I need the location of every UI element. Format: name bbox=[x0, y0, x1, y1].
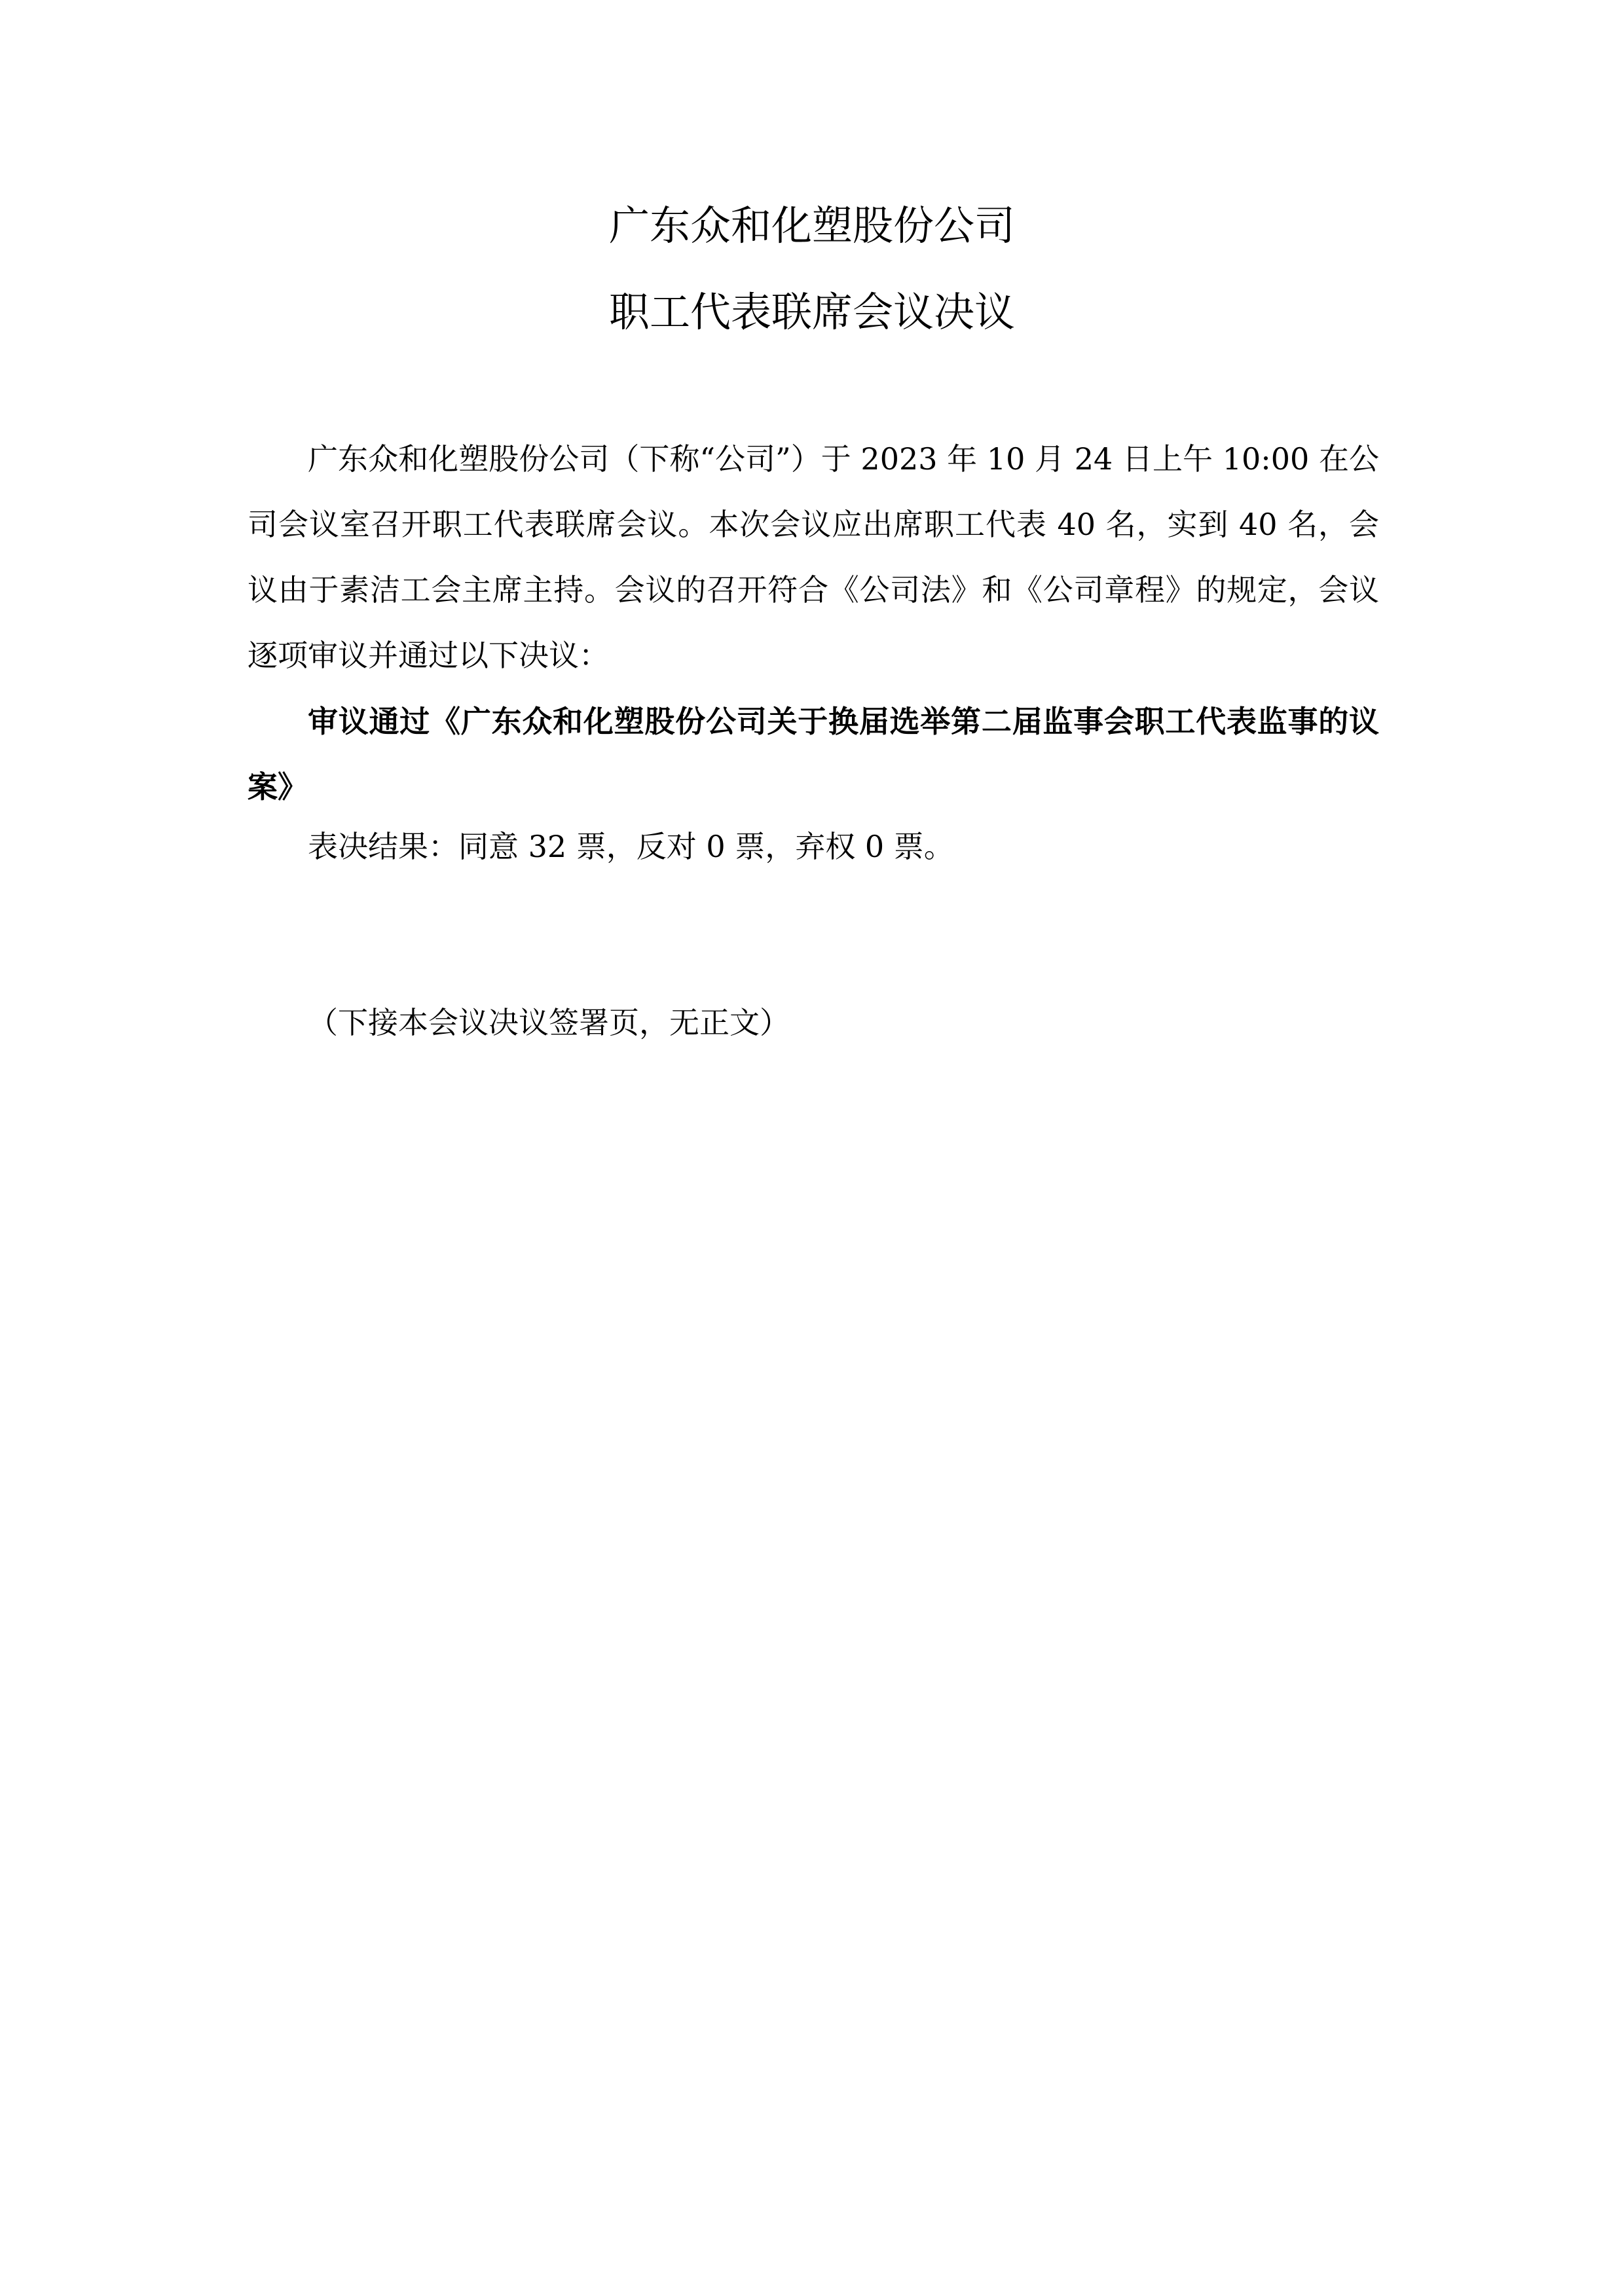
vote-result: 表决结果：同意 32 票，反对 0 票，弃权 0 票。 bbox=[248, 814, 1379, 879]
document-page: 广东众和化塑股份公司 职工代表联席会议决议 广东众和化塑股份公司（下称“公司”）… bbox=[0, 0, 1624, 2296]
resolution-item: 审议通过《广东众和化塑股份公司关于换届选举第二届监事会职工代表监事的议案》 bbox=[248, 689, 1379, 820]
document-title-company: 广东众和化塑股份公司 bbox=[0, 200, 1624, 252]
footer-note-section: （下接本会议决议签署页，无正文） bbox=[248, 990, 1379, 1055]
footer-note: （下接本会议决议签署页，无正文） bbox=[248, 990, 1379, 1055]
intro-section: 广东众和化塑股份公司（下称“公司”）于 2023 年 10 月 24 日上午 1… bbox=[248, 426, 1379, 688]
vote-section: 表决结果：同意 32 票，反对 0 票，弃权 0 票。 bbox=[248, 814, 1379, 879]
document-title-resolution: 职工代表联席会议决议 bbox=[0, 286, 1624, 338]
resolution-section: 审议通过《广东众和化塑股份公司关于换届选举第二届监事会职工代表监事的议案》 bbox=[248, 689, 1379, 820]
intro-paragraph: 广东众和化塑股份公司（下称“公司”）于 2023 年 10 月 24 日上午 1… bbox=[248, 426, 1379, 688]
